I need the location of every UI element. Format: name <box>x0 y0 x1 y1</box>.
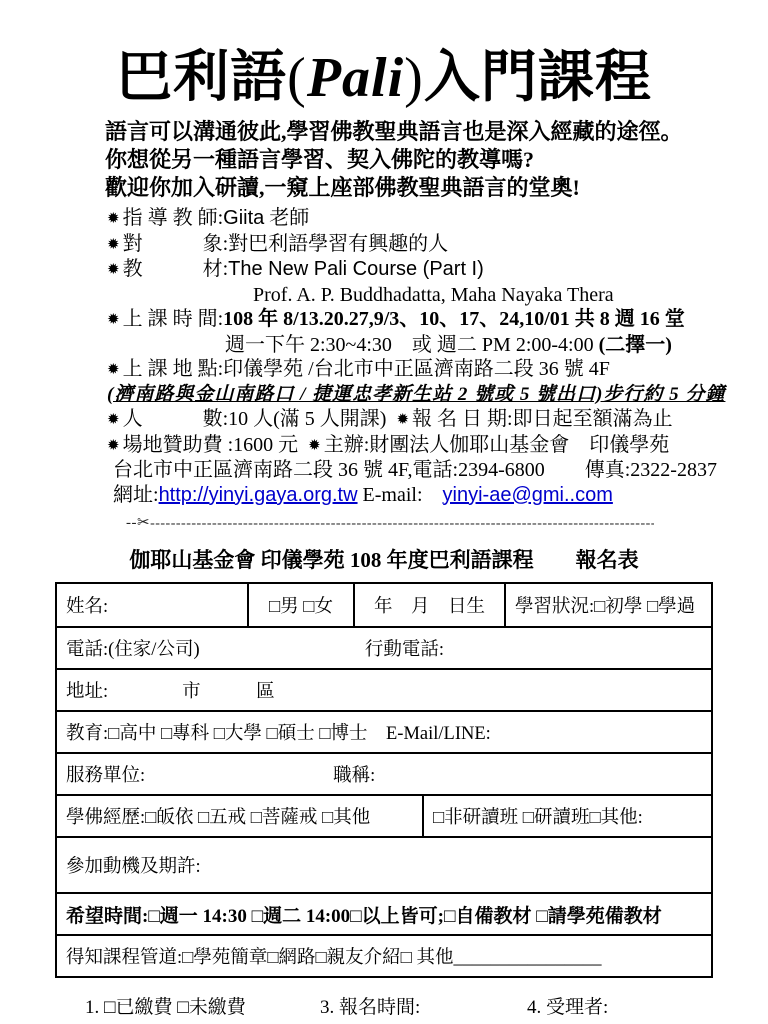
phone-field: 電話:(住家/公司)行動電話: <box>57 628 711 668</box>
registration-form-title: 伽耶山基金會 印儀學苑 108 年度巴利語課程 報名表 <box>0 544 768 574</box>
location-note: (濟南路與金山南路口 / 捷運忠孝新生站 2 號或 5 號出口)步行約 5 分鐘 <box>107 383 768 408</box>
time-value: 108 年 8/13.20.27,9/3、10、17、24,10/01 共 8 … <box>223 308 685 330</box>
workplace-label: 服務單位: <box>66 761 333 787</box>
table-row-name: 姓名: □男 □女 年 月 日生 學習狀況:□初學 □學過 <box>57 584 711 626</box>
organizer-label: 主辦: <box>324 434 370 456</box>
motivation-label: 參加動機及期許: <box>66 852 201 878</box>
website-label: 網址: <box>113 484 159 506</box>
registration-date-label: 報 名 日 期: <box>412 408 513 430</box>
learning-status-checkboxes[interactable]: 學習狀況:□初學 □學過 <box>504 584 711 626</box>
info-line-time-detail: 週一下午 2:30~4:30 或 週二 PM 2:00-4:00 (二擇一) <box>107 333 768 358</box>
info-line-people-date: ✹人 數:10 人(滿 5 人開課)✹報 名 日 期:即日起至額滿為止 <box>107 407 768 433</box>
page-title: 巴利語(Pali)入門課程 <box>0 44 768 112</box>
preferred-time-checkboxes[interactable]: 希望時間:□週一 14:30 □週二 14:00□以上皆可;□自備教材 □請學苑… <box>57 894 711 934</box>
place-value: 印儀學苑 /台北市中正區濟南路二段 36 號 4F <box>223 358 610 380</box>
info-line-fee-organizer: ✹場地贊助費 :1600 元✹主辦:財團法人伽耶山基金會 印儀學苑 <box>107 433 768 459</box>
people-label: 人 數: <box>123 408 229 430</box>
title-paren-close: ) <box>404 47 424 109</box>
scissors-icon: --✂ <box>126 515 150 531</box>
registration-table: 姓名: □男 □女 年 月 日生 學習狀況:□初學 □學過 電話:(住家/公司)… <box>55 582 713 978</box>
mobile-phone-label: 行動電話: <box>365 635 444 661</box>
cut-dashes: ----------------------------------------… <box>150 516 654 531</box>
job-title-label: 職稱: <box>333 761 375 787</box>
table-row-education: 教育:□高中 □專科 □大學 □碩士 □博士 E-Mail/LINE: <box>57 710 711 752</box>
workplace-field: 服務單位:職稱: <box>57 754 711 794</box>
email-link[interactable]: yinyi-ae@gmi..com <box>443 484 613 506</box>
learning-status-options: 學習狀況:□初學 □學過 <box>515 592 695 618</box>
referral-checkboxes[interactable]: 得知課程管道:□學苑簡章□網路□親友介紹□ 其他________________ <box>57 936 711 976</box>
intro-line-1: 語言可以溝通彼此,學習佛教聖典語言也是深入經藏的途徑。 <box>105 118 768 146</box>
table-row-referral: 得知課程管道:□學苑簡章□網路□親友介紹□ 其他________________ <box>57 934 711 976</box>
audience-label: 對 象: <box>123 233 229 255</box>
star-bullet-icon: ✹ <box>308 438 321 454</box>
info-line-material-author: Prof. A. P. Buddhadatta, Maha Nayaka The… <box>107 283 768 308</box>
info-line-place: ✹上 課 地 點:印儀學苑 /台北市中正區濟南路二段 36 號 4F <box>107 357 768 383</box>
receiver-label: 4. 受理者: <box>527 992 608 1019</box>
address-field: 地址: 市 區 <box>57 670 711 710</box>
title-zh-left: 巴利語 <box>116 47 287 109</box>
birthdate-field: 年 月 日生 <box>353 584 504 626</box>
time-detail: 週一下午 2:30~4:30 或 週二 PM 2:00-4:00 <box>225 334 599 356</box>
gender-options: □男 □女 <box>269 592 333 618</box>
flyer-page: 巴利語(Pali)入門課程 語言可以溝通彼此,學習佛教聖典語言也是深入經藏的途徑… <box>0 0 768 1024</box>
address-label: 地址: 市 區 <box>66 677 275 703</box>
education-checkboxes[interactable]: 教育:□高中 □專科 □大學 □碩士 □博士 E-Mail/LINE: <box>57 712 711 752</box>
buddhist-experience-checkboxes[interactable]: 學佛經歷:□皈依 □五戒 □菩薩戒 □其他 <box>57 796 422 836</box>
birthdate-label: 年 月 日生 <box>374 592 485 618</box>
class-experience-checkboxes[interactable]: □非研讀班 □研讀班□其他: <box>422 796 711 836</box>
location-note-text: (濟南路與金山南路口 / 捷運忠孝新生站 2 號或 5 號出口)步行約 5 分鐘 <box>107 384 725 405</box>
gender-checkboxes[interactable]: □男 □女 <box>247 584 353 626</box>
title-pali-word: Pali <box>307 47 404 109</box>
referral-options: 得知課程管道:□學苑簡章□網路□親友介紹□ 其他________________ <box>66 943 601 969</box>
info-line-time: ✹上 課 時 間:108 年 8/13.20.27,9/3、10、17、24,1… <box>107 307 768 333</box>
registration-time-label: 3. 報名時間: <box>320 992 527 1019</box>
star-bullet-icon: ✹ <box>107 362 120 378</box>
material-label: 教 材: <box>123 258 229 280</box>
cut-here-line: --✂-------------------------------------… <box>126 513 654 532</box>
star-bullet-icon: ✹ <box>107 438 120 454</box>
star-bullet-icon: ✹ <box>107 312 120 328</box>
table-row-preferred-time: 希望時間:□週一 14:30 □週二 14:00□以上皆可;□自備教材 □請學苑… <box>57 892 711 934</box>
place-label: 上 課 地 點: <box>123 358 224 380</box>
table-row-address: 地址: 市 區 <box>57 668 711 710</box>
info-line-address: 台北市中正區濟南路二段 36 號 4F,電話:2394-6800 傳真:2322… <box>107 458 768 483</box>
website-link[interactable]: http://yinyi.gaya.org.tw <box>159 484 358 506</box>
course-info-list: ✹指 導 教 師:Giita 老師 ✹對 象:對巴利語學習有興趣的人 ✹教 材:… <box>107 206 768 507</box>
table-row-workplace: 服務單位:職稱: <box>57 752 711 794</box>
home-phone-label: 電話:(住家/公司) <box>66 635 365 661</box>
intro-paragraph: 語言可以溝通彼此,學習佛教聖典語言也是深入經藏的途徑。 你想從另一種語言學習、契… <box>105 118 768 202</box>
audience-value: 對巴利語學習有興趣的人 <box>228 233 448 255</box>
info-line-teacher: ✹指 導 教 師:Giita 老師 <box>107 206 768 232</box>
name-label: 姓名: <box>66 592 108 618</box>
teacher-name: Giita <box>223 207 264 229</box>
class-experience-options: □非研讀班 □研讀班□其他: <box>433 803 643 829</box>
people-value: 10 人(滿 5 人開課) <box>228 408 386 430</box>
table-row-phone: 電話:(住家/公司)行動電話: <box>57 626 711 668</box>
time-label: 上 課 時 間: <box>123 308 224 330</box>
motivation-field: 參加動機及期許: <box>57 838 711 892</box>
table-row-buddhist-experience: 學佛經歷:□皈依 □五戒 □菩薩戒 □其他 □非研讀班 □研讀班□其他: <box>57 794 711 836</box>
title-zh-right: 入門課程 <box>424 47 652 109</box>
organizer-value: 財團法人伽耶山基金會 印儀學苑 <box>369 434 669 456</box>
payment-status-checkboxes[interactable]: 1. □已繳費 □未繳費 <box>85 992 320 1019</box>
star-bullet-icon: ✹ <box>107 211 120 227</box>
registration-date-value: 即日起至額滿為止 <box>513 408 673 430</box>
time-detail-choice: (二擇一) <box>599 334 672 356</box>
material-author: Prof. A. P. Buddhadatta, Maha Nayaka The… <box>253 284 614 306</box>
info-line-material: ✹教 材:The New Pali Course (Part I) <box>107 257 768 283</box>
intro-line-3: 歡迎你加入研讀,一窺上座部佛教聖典語言的堂奧! <box>105 174 768 202</box>
intro-line-2: 你想從另一種語言學習、契入佛陀的教導嗎? <box>105 146 768 174</box>
star-bullet-icon: ✹ <box>396 412 409 428</box>
info-line-web-email: 網址:http://yinyi.gaya.org.tw E-mail: yiny… <box>107 483 768 508</box>
material-value: The New Pali Course (Part I) <box>228 258 484 280</box>
title-paren-open: ( <box>287 47 307 109</box>
table-row-motivation: 參加動機及期許: <box>57 836 711 892</box>
fee-label: 場地贊助費 : <box>123 434 234 456</box>
buddhist-experience-options: 學佛經歷:□皈依 □五戒 □菩薩戒 □其他 <box>66 803 370 829</box>
preferred-time-options: 希望時間:□週一 14:30 □週二 14:00□以上皆可;□自備教材 □請學苑… <box>66 901 662 928</box>
star-bullet-icon: ✹ <box>107 412 120 428</box>
education-options: 教育:□高中 □專科 □大學 □碩士 □博士 E-Mail/LINE: <box>66 719 491 745</box>
star-bullet-icon: ✹ <box>107 262 120 278</box>
star-bullet-icon: ✹ <box>107 237 120 253</box>
office-use-footer: 1. □已繳費 □未繳費 3. 報名時間: 4. 受理者: <box>85 992 768 1019</box>
teacher-suffix: 老師 <box>264 207 309 229</box>
email-label: E-mail: <box>358 484 443 506</box>
name-field: 姓名: <box>57 584 247 626</box>
info-line-audience: ✹對 象:對巴利語學習有興趣的人 <box>107 232 768 258</box>
organizer-address: 台北市中正區濟南路二段 36 號 4F,電話:2394-6800 傳真:2322… <box>113 459 717 481</box>
fee-value: 1600 元 <box>233 434 298 456</box>
teacher-label: 指 導 教 師: <box>123 207 224 229</box>
